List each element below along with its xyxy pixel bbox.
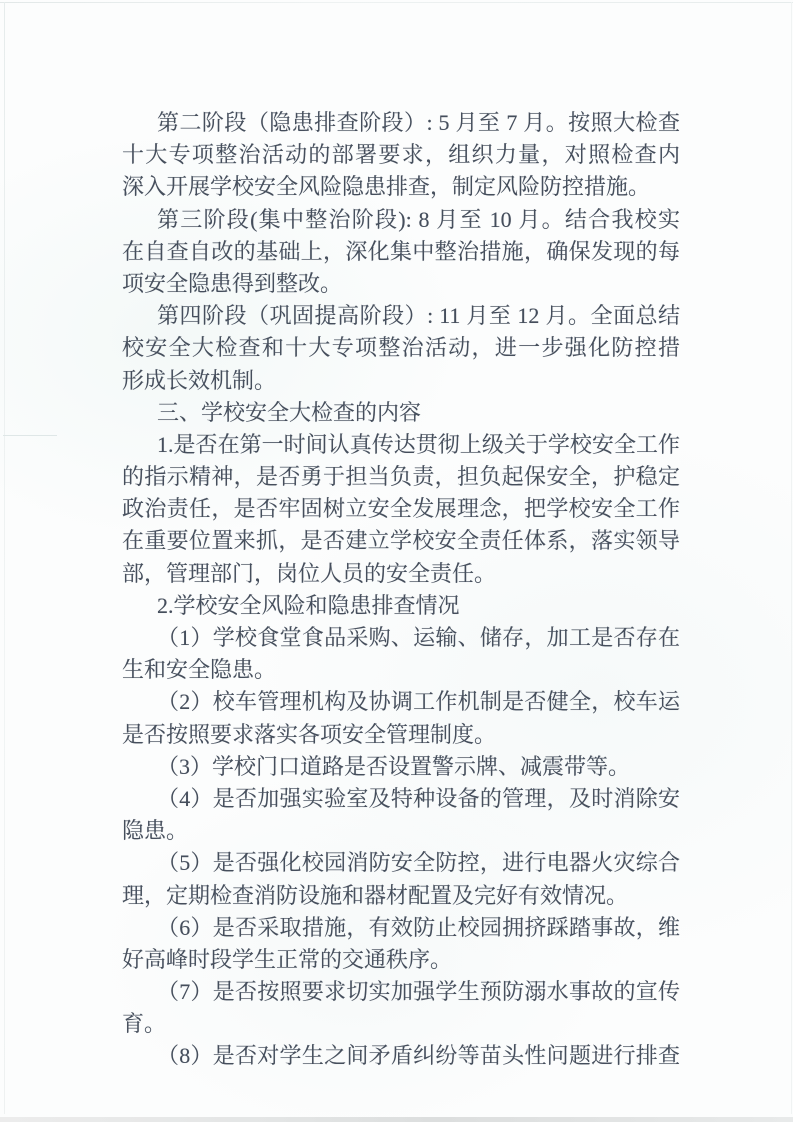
text-line: （2）校车管理机构及协调工作机制是否健全，校车运营: [122, 686, 680, 718]
text-line: （3）学校门口道路是否设置警示牌、减震带等。: [122, 751, 680, 783]
text-line: 十大专项整治活动的部署要求，组织力量，对照检查内容，: [122, 139, 680, 171]
text-line: 生和安全隐患。: [122, 654, 680, 686]
text-line: 的指示精神，是否勇于担当负责，担负起保安全，护稳定的: [122, 461, 680, 493]
scan-edge-top: [0, 2, 793, 3]
text-line: 理，定期检查消防设施和器材配置及完好有效情况。: [122, 880, 680, 912]
text-line: 在重要位置来抓，是否建立学校安全责任体系，落实领导干: [122, 525, 680, 557]
text-line: （8）是否对学生之间矛盾纠纷等苗头性问题进行排查化: [122, 1040, 680, 1072]
text-line: 政治责任，是否牢固树立安全发展理念，把学校安全工作放: [122, 493, 680, 525]
text-line: （4）是否加强实验室及特种设备的管理，及时消除安全: [122, 783, 680, 815]
text-line: 校安全大检查和十大专项整治活动，进一步强化防控措施，: [122, 332, 680, 364]
text-line: 第三阶段(集中整治阶段): 8 月至 10 月。结合我校实际，: [122, 204, 680, 236]
text-line: 形成长效机制。: [122, 365, 680, 397]
text-line: 是否按照要求落实各项安全管理制度。: [122, 719, 680, 751]
document-text-block: 第二阶段（隐患排查阶段）: 5 月至 7 月。按照大检查和 十大专项整治活动的部…: [122, 107, 680, 1073]
text-line: （7）是否按照要求切实加强学生预防溺水事故的宣传教: [122, 976, 680, 1008]
text-line: 隐患。: [122, 815, 680, 847]
text-line: 第四阶段（巩固提高阶段）: 11 月至 12 月。全面总结学: [122, 300, 680, 332]
text-line: 第二阶段（隐患排查阶段）: 5 月至 7 月。按照大检查和: [122, 107, 680, 139]
text-line: （6）是否采取措施，有效防止校园拥挤踩踏事故，维护: [122, 912, 680, 944]
text-line: 好高峰时段学生正常的交通秩序。: [122, 944, 680, 976]
scan-edge-right: [791, 2, 792, 1114]
fold-mark-artifact: [3, 435, 57, 436]
text-line: 部，管理部门，岗位人员的安全责任。: [122, 558, 680, 590]
document-page: 第二阶段（隐患排查阶段）: 5 月至 7 月。按照大检查和 十大专项整治活动的部…: [0, 0, 793, 1122]
text-line: 在自查自改的基础上，深化集中整治措施，确保发现的每一: [122, 236, 680, 268]
scan-edge-bottom: [0, 1117, 793, 1122]
scan-edge-left: [4, 2, 5, 1114]
text-line: 项安全隐患得到整改。: [122, 268, 680, 300]
text-line: （5）是否强化校园消防安全防控，进行电器火灾综合治: [122, 847, 680, 879]
subsection-heading: 2.学校安全风险和隐患排查情况: [122, 590, 680, 622]
text-line: 深入开展学校安全风险隐患排查，制定风险防控措施。: [122, 171, 680, 203]
text-line: （1）学校食堂食品采购、运输、储存，加工是否存在卫: [122, 622, 680, 654]
text-line: 1.是否在第一时间认真传达贯彻上级关于学校安全工作: [122, 429, 680, 461]
section-heading: 三、学校安全大检查的内容: [122, 397, 680, 429]
text-line: 育。: [122, 1008, 680, 1040]
